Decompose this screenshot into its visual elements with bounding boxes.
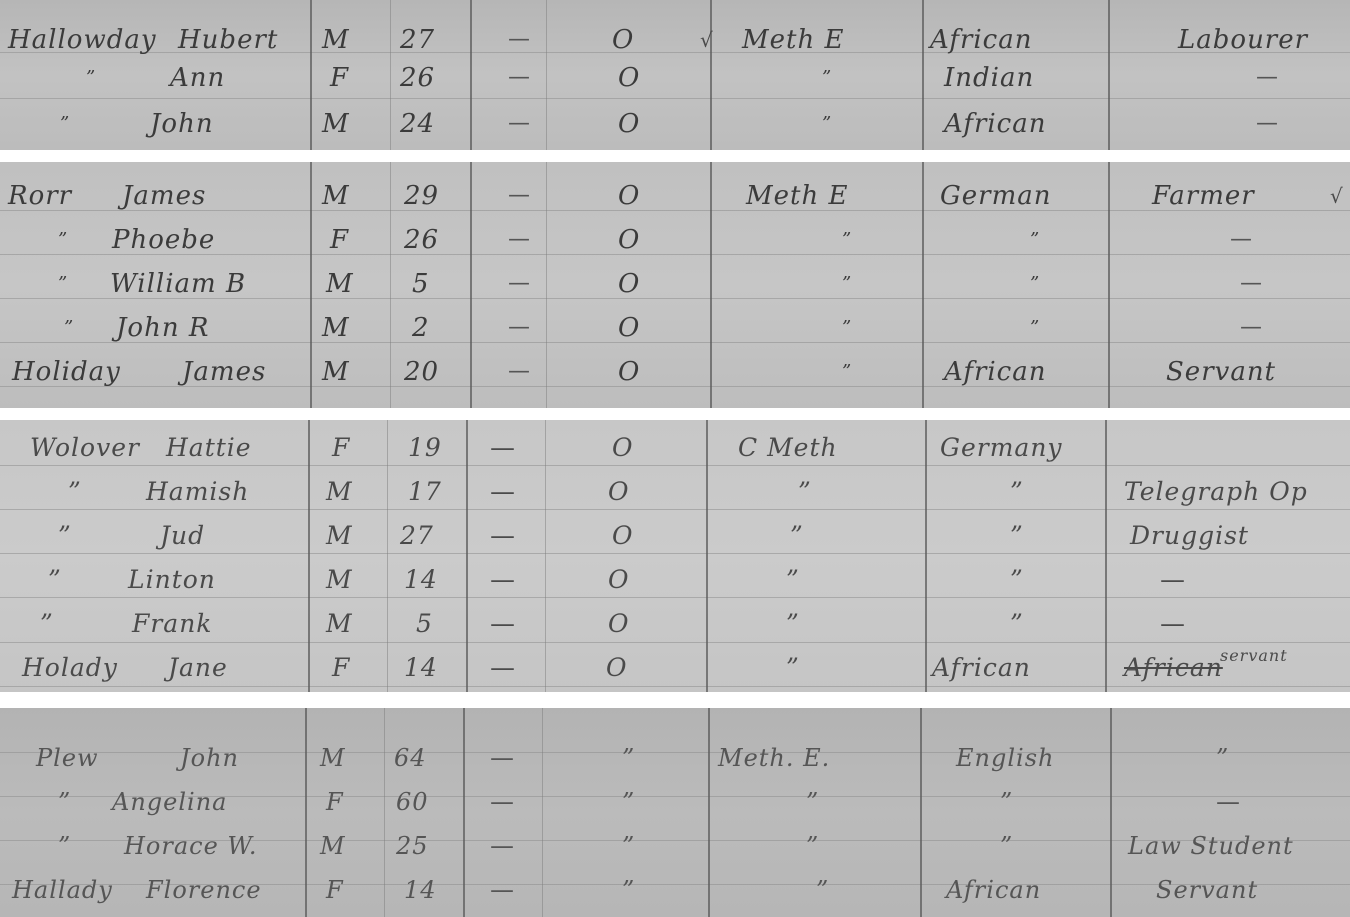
religion: ” (790, 514, 804, 558)
col6-value: O (618, 174, 640, 218)
census-row: ” Linton M 14 — O ” ” — (0, 558, 1350, 602)
surname: ” (58, 514, 72, 558)
col6-value: O (618, 102, 640, 146)
occupation: Servant (1166, 350, 1276, 394)
sex: M (322, 174, 350, 218)
origin: ” (1010, 470, 1024, 514)
census-row: Holiday James M 20 — O ” African Servant (0, 350, 1350, 394)
sex: M (320, 824, 346, 868)
surname: Rorr (8, 174, 72, 218)
sex: M (326, 514, 353, 558)
col5-value: — (508, 306, 531, 350)
col5-value: — (508, 262, 531, 306)
religion: C Meth (738, 426, 838, 470)
origin: ” (1000, 824, 1013, 868)
sex: F (332, 646, 350, 690)
surname: ” (58, 262, 68, 306)
census-row: ” Hamish M 17 — O ” ” Telegraph Op (0, 470, 1350, 514)
given-name: Linton (128, 558, 216, 602)
check-mark-icon: √ (1330, 174, 1344, 218)
religion: ” (816, 868, 829, 912)
col5-value: — (490, 868, 515, 912)
age: 25 (396, 824, 429, 868)
census-row: ” William B M 5 — O ” ” — (0, 262, 1350, 306)
census-excerpt-2: Rorr James M 29 — O Meth E German Farmer… (0, 162, 1350, 408)
col6-value: O (618, 306, 640, 350)
origin: ” (1010, 558, 1024, 602)
sex: M (322, 306, 350, 350)
given-name: Jane (168, 646, 228, 690)
age: 27 (400, 514, 434, 558)
religion: ” (842, 262, 852, 306)
census-row: ” Angelina F 60 — ” ” ” — (0, 780, 1350, 824)
age: 26 (400, 56, 435, 100)
col6-value: ” (622, 868, 635, 912)
given-name: John R (116, 306, 209, 350)
occupation: — (1240, 306, 1263, 350)
surname: ” (60, 102, 70, 146)
col5-value: — (490, 470, 516, 514)
age: 5 (416, 602, 433, 646)
occupation: ” (1216, 736, 1229, 780)
origin: African (944, 102, 1047, 146)
occupation: Druggist (1130, 514, 1249, 558)
religion: ” (822, 56, 832, 100)
given-name: Florence (146, 868, 262, 912)
occupation-correction: servant (1220, 648, 1288, 664)
occupation: — (1160, 602, 1186, 646)
religion: ” (822, 102, 832, 146)
col6-value: O (618, 262, 640, 306)
occupation-struck-out: African (1124, 646, 1223, 690)
sex: F (332, 426, 350, 470)
col5-value: — (490, 780, 515, 824)
age: 60 (396, 780, 429, 824)
origin: African (944, 350, 1047, 394)
surname: ” (64, 306, 74, 350)
age: 20 (404, 350, 439, 394)
census-row: Holady Jane F 14 — O ” African African s… (0, 646, 1350, 690)
col5-value: — (508, 218, 531, 262)
sex: M (326, 602, 353, 646)
col6-value: ” (622, 824, 635, 868)
occupation: Law Student (1128, 824, 1294, 868)
occupation: — (1240, 262, 1263, 306)
age: 14 (404, 868, 437, 912)
census-row: ” Phoebe F 26 — O ” ” — (0, 218, 1350, 262)
col5-value: — (490, 426, 516, 470)
census-row: ” John R M 2 — O ” ” — (0, 306, 1350, 350)
census-row: Hallady Florence F 14 — ” ” African Serv… (0, 868, 1350, 912)
religion: ” (786, 558, 800, 602)
col5-value: — (508, 350, 531, 394)
age: 29 (404, 174, 439, 218)
age: 26 (404, 218, 439, 262)
col6-value: O (618, 350, 640, 394)
census-row: ” Frank M 5 — O ” ” — (0, 602, 1350, 646)
sex: F (330, 218, 349, 262)
surname: Plew (36, 736, 99, 780)
surname: Wolover (30, 426, 140, 470)
given-name: Angelina (112, 780, 227, 824)
surname: ” (40, 602, 54, 646)
occupation: Servant (1156, 868, 1258, 912)
col6-value: O (618, 218, 640, 262)
col6-value: O (608, 602, 630, 646)
religion: ” (786, 646, 800, 690)
census-row: ” John M 24 — O ” African — (0, 102, 1350, 146)
origin: German (940, 174, 1052, 218)
religion: Meth. E. (718, 736, 830, 780)
surname: ” (86, 56, 96, 100)
census-row: ” Horace W. M 25 — ” ” ” Law Student (0, 824, 1350, 868)
sex: M (322, 350, 350, 394)
occupation: — (1160, 558, 1186, 602)
given-name: James (182, 350, 266, 394)
age: 17 (408, 470, 442, 514)
col6-value: O (608, 558, 630, 602)
occupation: — (1256, 102, 1279, 146)
col6-value: O (606, 646, 628, 690)
religion: ” (786, 602, 800, 646)
col5-value: — (490, 558, 516, 602)
sex: M (322, 102, 350, 146)
surname: Holady (22, 646, 118, 690)
given-name: James (122, 174, 206, 218)
occupation: Telegraph Op (1124, 470, 1308, 514)
col5-value: — (508, 174, 531, 218)
sex: F (326, 868, 344, 912)
religion: ” (806, 780, 819, 824)
given-name: John (180, 736, 239, 780)
col5-value: — (490, 646, 516, 690)
given-name: Horace W. (124, 824, 258, 868)
origin: Germany (940, 426, 1063, 470)
col6-value: O (618, 56, 640, 100)
occupation: — (1230, 218, 1253, 262)
given-name: Hamish (146, 470, 249, 514)
census-row: Rorr James M 29 — O Meth E German Farmer… (0, 174, 1350, 218)
sex: F (330, 56, 349, 100)
origin: ” (1030, 306, 1040, 350)
origin: ” (1010, 514, 1024, 558)
origin: African (932, 646, 1031, 690)
col5-value: — (490, 824, 515, 868)
occupation: — (1256, 56, 1279, 100)
col6-value: O (612, 426, 634, 470)
col5-value: — (490, 602, 516, 646)
col5-value: — (508, 56, 531, 100)
religion: Meth E (746, 174, 848, 218)
origin: English (956, 736, 1054, 780)
col6-value: ” (622, 780, 635, 824)
census-row: Plew John M 64 — ” Meth. E. English ” (0, 736, 1350, 780)
census-excerpt-1: Hallowday Hubert M 27 — O √ Meth E Afric… (0, 0, 1350, 150)
origin: ” (1000, 780, 1013, 824)
census-row: ” Ann F 26 — O ” Indian — (0, 56, 1350, 100)
given-name: Jud (160, 514, 205, 558)
religion: ” (806, 824, 819, 868)
col5-value: — (490, 736, 515, 780)
origin: ” (1010, 602, 1024, 646)
surname: ” (58, 218, 68, 262)
surname: ” (58, 780, 71, 824)
census-row: ” Jud M 27 — O ” ” Druggist (0, 514, 1350, 558)
origin: ” (1030, 218, 1040, 262)
surname: Holiday (12, 350, 121, 394)
sex: M (326, 558, 353, 602)
age: 5 (412, 262, 430, 306)
occupation: — (1216, 780, 1241, 824)
col6-value: O (612, 514, 634, 558)
given-name: William B (110, 262, 246, 306)
col6-value: O (608, 470, 630, 514)
religion: ” (842, 218, 852, 262)
sex: M (326, 470, 353, 514)
religion: ” (842, 350, 852, 394)
sex: F (326, 780, 344, 824)
origin: ” (1030, 262, 1040, 306)
origin: Indian (944, 56, 1034, 100)
given-name: Phoebe (112, 218, 215, 262)
census-excerpt-3: Wolover Hattie F 19 — O C Meth Germany ”… (0, 420, 1350, 692)
census-row: Wolover Hattie F 19 — O C Meth Germany (0, 426, 1350, 470)
census-excerpt-4: Plew John M 64 — ” Meth. E. English ” ” … (0, 708, 1350, 917)
col5-value: — (490, 514, 516, 558)
age: 14 (404, 646, 438, 690)
given-name: Frank (132, 602, 212, 646)
sex: M (326, 262, 354, 306)
religion: ” (842, 306, 852, 350)
surname: Hallady (12, 868, 113, 912)
age: 14 (404, 558, 438, 602)
age: 19 (408, 426, 442, 470)
given-name: John (150, 102, 214, 146)
given-name: Ann (170, 56, 225, 100)
surname: ” (58, 824, 71, 868)
age: 64 (394, 736, 427, 780)
religion: ” (798, 470, 812, 514)
given-name: Hattie (166, 426, 252, 470)
col5-value: — (508, 102, 531, 146)
surname: ” (48, 558, 62, 602)
age: 2 (412, 306, 430, 350)
surname: ” (68, 470, 82, 514)
occupation: Farmer (1152, 174, 1255, 218)
origin: African (946, 868, 1041, 912)
age: 24 (400, 102, 435, 146)
col6-value: ” (622, 736, 635, 780)
sex: M (320, 736, 346, 780)
